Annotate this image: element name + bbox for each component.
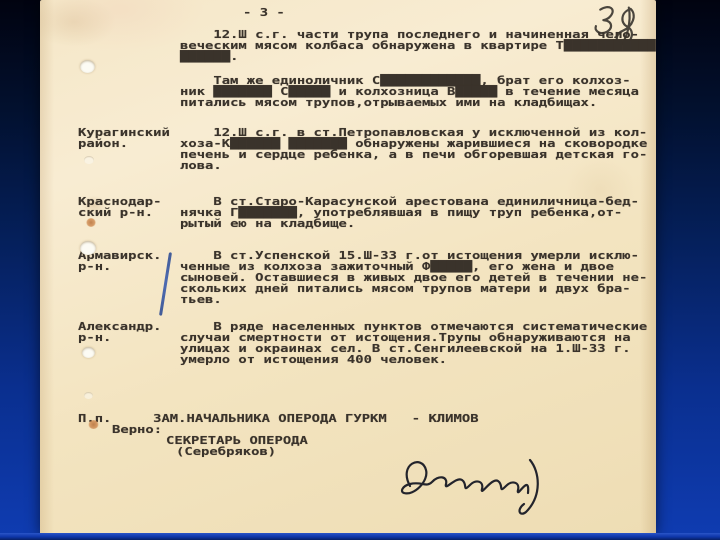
paragraph-line: питались мясом трупов,отрываемых ими на … — [180, 98, 720, 109]
paragraph: В ряде населенных пунктов отмечаются сис… — [180, 322, 650, 366]
paragraph: 12.Ш с.г. в ст.Петропавловская у исключе… — [180, 128, 650, 172]
paragraph-line: тьев. — [180, 295, 720, 306]
slide: { "slide": { "background_top_color": "#0… — [0, 0, 720, 540]
paragraph-line: скольких дней питались мясом трупов мате… — [180, 284, 720, 295]
punch-hole — [80, 60, 95, 73]
paragraph-line: ██████. — [180, 52, 720, 63]
paragraph: В ст.Старо-Карасунской арестована единил… — [180, 197, 650, 230]
punch-hole — [82, 347, 95, 358]
pp-signature-line: П.п. ЗАМ.НАЧАЛЬНИКА ОПЕРОДА ГУРКМ - КЛИМ… — [78, 414, 720, 425]
paragraph-line: рытый ею на кладбище. — [180, 219, 720, 230]
rust-spot — [86, 218, 96, 227]
document-block: Александр.р-н.В ряде населенных пунктов … — [78, 322, 653, 366]
handwritten-signature — [388, 448, 558, 520]
margin-district-label: Александр.р-н. — [78, 322, 180, 344]
rust-spot — [88, 420, 99, 429]
document-block: Там же единоличник С████████████, брат е… — [78, 76, 653, 109]
punch-hole — [84, 156, 94, 164]
margin-district-label: Краснодар-ский р-н. — [78, 197, 180, 219]
margin-district-label: Армавирск.р-н. — [78, 251, 180, 273]
signoff-section: П.п. ЗАМ.НАЧАЛЬНИКА ОПЕРОДА ГУРКМ - КЛИМ… — [78, 414, 653, 458]
punch-hole — [84, 392, 93, 399]
document-block: Краснодар-ский р-н.В ст.Старо-Карасунско… — [78, 197, 653, 230]
document-block: Курагинскийрайон.12.Ш с.г. в ст.Петропав… — [78, 128, 653, 172]
scanned-document-page: - 3 - 12.Ш с.г. части трупа последнего и… — [40, 0, 656, 535]
paragraph-line: печень и сердце ребенка, а в печи обгоре… — [180, 150, 720, 161]
document-blocks: 12.Ш с.г. части трупа последнего и начин… — [78, 30, 653, 366]
document-body: 12.Ш с.г. части трупа последнего и начин… — [78, 30, 653, 458]
punch-hole — [80, 241, 96, 255]
document-block: 12.Ш с.г. части трупа последнего и начин… — [78, 30, 653, 63]
paragraph: 12.Ш с.г. части трупа последнего и начин… — [180, 30, 650, 63]
paragraph-line: веческим мясом колбаса обнаружена в квар… — [180, 41, 720, 52]
slide-bottom-border — [0, 533, 720, 540]
paragraph: В ст.Успенской 15.Ш-33 г.от истощения ум… — [180, 251, 650, 306]
margin-district-label: Курагинскийрайон. — [78, 128, 180, 150]
paragraph-line: умерло от истощения 400 человек. — [180, 355, 720, 366]
paragraph: Там же единоличник С████████████, брат е… — [180, 76, 650, 109]
page-number: - 3 - — [243, 8, 285, 19]
paragraph-line: лова. — [180, 161, 720, 172]
